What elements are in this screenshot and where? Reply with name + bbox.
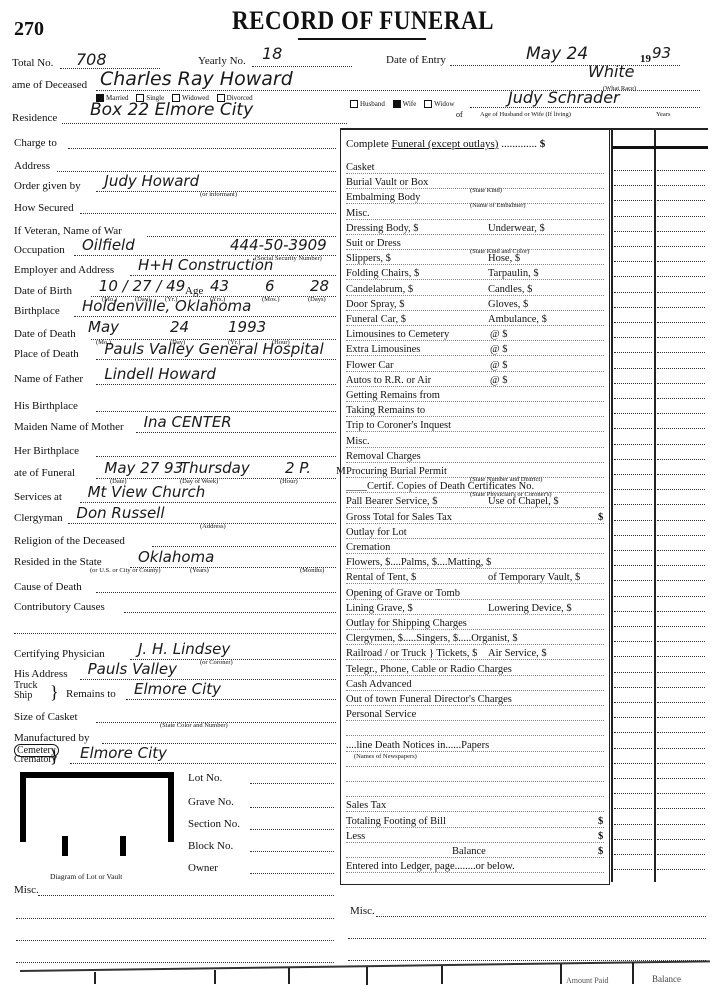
- charge-amount-cents[interactable]: [657, 337, 705, 338]
- charge-amount-cents[interactable]: [657, 596, 705, 597]
- charge-amount-dollars[interactable]: [614, 626, 652, 627]
- total-no-label: Total No.: [12, 57, 53, 69]
- charge-amount-cents[interactable]: [657, 580, 705, 581]
- charge-row-line[interactable]: [346, 827, 604, 828]
- footer-col-4: [366, 967, 368, 985]
- charges-header-rule: [612, 146, 708, 149]
- charge-row-label: Out of town Funeral Director's Charges: [346, 694, 512, 705]
- charge-row-line[interactable]: [346, 614, 604, 615]
- charge-row-line[interactable]: [346, 766, 604, 767]
- date-entry-value[interactable]: May 24: [526, 44, 588, 64]
- field-line[interactable]: [96, 384, 336, 385]
- charge-amount-dollars[interactable]: [614, 748, 652, 749]
- charge-amount-dollars[interactable]: [614, 732, 652, 733]
- misc-right-label: Misc.: [350, 905, 375, 917]
- charge-row-caption: (Names of Newspapers): [354, 753, 417, 760]
- charge-amount-dollars[interactable]: [614, 200, 652, 201]
- field-label: Birthplace: [14, 305, 60, 317]
- charge-amount-dollars[interactable]: [614, 672, 652, 673]
- field-value[interactable]: May: [88, 318, 119, 336]
- charge-row-label: Cremation: [346, 542, 390, 553]
- charge-row-line[interactable]: [346, 568, 604, 569]
- charge-amount-cents[interactable]: [657, 200, 705, 201]
- charge-amount-cents[interactable]: [657, 520, 705, 521]
- field-caption: (or Coroner): [200, 659, 233, 666]
- charge-row-line[interactable]: [346, 872, 604, 873]
- race-value[interactable]: White: [588, 62, 635, 81]
- charge-amount-dollars[interactable]: [614, 352, 652, 353]
- field-label: Crematory: [14, 754, 57, 765]
- charge-row-label: Getting Remains from: [346, 390, 440, 401]
- charge-row-label-2: Gloves, $: [488, 299, 528, 310]
- charge-row-label: Outlay for Shipping Charges: [346, 618, 467, 629]
- charge-amount-dollars[interactable]: [614, 428, 652, 429]
- footer-col-2: [214, 970, 216, 984]
- page-number: 270: [14, 18, 44, 41]
- charge-row-label: Burial Vault or Box: [346, 177, 428, 188]
- misc-left-label: Misc.: [14, 884, 39, 896]
- deceased-name-label: ame of Deceased: [12, 79, 87, 91]
- field-label: Date of Birth: [14, 285, 72, 297]
- charge-row-line[interactable]: [346, 644, 604, 645]
- field-label: ate of Funeral: [14, 467, 75, 479]
- field-value[interactable]: Lindell Howard: [104, 365, 216, 383]
- charge-amount-dollars[interactable]: [614, 854, 652, 855]
- charge-amount-dollars[interactable]: [614, 580, 652, 581]
- charge-row-label: Telegr., Phone, Cable or Radio Charges: [346, 664, 512, 675]
- charge-amount-dollars[interactable]: [614, 778, 652, 779]
- charge-amount-dollars[interactable]: [614, 641, 652, 642]
- field-value[interactable]: Holdenville, Oklahoma: [82, 297, 251, 315]
- charge-amount-dollars[interactable]: [614, 717, 652, 718]
- charge-amount-dollars[interactable]: [614, 869, 652, 870]
- field-line[interactable]: [96, 456, 336, 457]
- field-label: His Birthplace: [14, 400, 78, 412]
- charge-row-line[interactable]: [346, 477, 604, 478]
- total-no-value[interactable]: 708: [76, 50, 107, 69]
- footer-col-1: [94, 972, 96, 984]
- field-value[interactable]: 6: [265, 277, 275, 295]
- charge-amount-cents[interactable]: [657, 748, 705, 749]
- charge-amount-cents[interactable]: [657, 550, 705, 551]
- charge-amount-cents[interactable]: [657, 261, 705, 262]
- charge-amount-cents[interactable]: [657, 535, 705, 536]
- charge-amount-dollars[interactable]: [614, 702, 652, 703]
- charge-row-label: Flower Car: [346, 360, 394, 371]
- lot-field-line[interactable]: [250, 873, 334, 874]
- charge-amount-cents[interactable]: [657, 687, 705, 688]
- field-label: Place of Death: [14, 348, 79, 360]
- field-line[interactable]: [70, 763, 336, 764]
- charge-row-label: Taking Remains to: [346, 405, 425, 416]
- charge-row-label: Casket: [346, 162, 375, 173]
- field-line[interactable]: [124, 612, 336, 613]
- charge-amount-cents[interactable]: [657, 444, 705, 445]
- charge-row-label-2: @ $: [490, 344, 508, 355]
- charge-amount-dollars[interactable]: [614, 611, 652, 612]
- charge-row-line[interactable]: [346, 796, 604, 797]
- charge-row-label-2: $: [598, 846, 603, 857]
- charge-row-label: Misc.: [346, 208, 370, 219]
- charge-row-line[interactable]: [346, 203, 604, 204]
- charge-row-label: Totaling Footing of Bill: [346, 816, 446, 827]
- field-value[interactable]: J. H. Lindsey: [138, 640, 230, 658]
- charge-amount-cents[interactable]: [657, 231, 705, 232]
- charge-row-line[interactable]: [346, 325, 604, 326]
- field-value[interactable]: Pauls Valley: [88, 660, 177, 678]
- charge-amount-dollars[interactable]: [614, 550, 652, 551]
- charge-amount-dollars[interactable]: [614, 261, 652, 262]
- field-value[interactable]: 2 P.: [285, 459, 311, 477]
- charge-amount-cents[interactable]: [657, 322, 705, 323]
- field-line[interactable]: [80, 213, 336, 214]
- date-entry-label: Date of Entry: [386, 54, 446, 66]
- charge-amount-dollars[interactable]: [614, 307, 652, 308]
- field-value[interactable]: May 27 93: [104, 459, 183, 477]
- charge-amount-dollars[interactable]: [614, 474, 652, 475]
- field-label: Size of Casket: [14, 711, 78, 723]
- footer-col-7: [632, 962, 634, 984]
- charge-amount-dollars[interactable]: [614, 763, 652, 764]
- charge-row-line[interactable]: [346, 188, 604, 189]
- charge-row-line[interactable]: [346, 705, 604, 706]
- charge-row-label: Funeral Car, $: [346, 314, 406, 325]
- charge-row-label: Misc.: [346, 436, 370, 447]
- field-label: Cause of Death: [14, 581, 82, 593]
- spouse-age-caption: Age of Husband or Wife (If living): [480, 111, 571, 118]
- charge-amount-cents[interactable]: [657, 626, 705, 627]
- field-caption: (Days): [308, 296, 326, 303]
- charge-row-line[interactable]: [346, 355, 604, 356]
- field-line[interactable]: [14, 633, 336, 634]
- footer-amount-paid: Amount Paid: [566, 976, 608, 985]
- charge-row-line[interactable]: [346, 735, 604, 736]
- charge-row-line[interactable]: [346, 431, 604, 432]
- charge-row-line[interactable]: [346, 538, 604, 539]
- checkbox-wife[interactable]: [393, 100, 401, 108]
- charge-amount-cents[interactable]: [657, 383, 705, 384]
- field-value[interactable]: H+H Construction: [138, 256, 273, 274]
- charge-amount-cents[interactable]: [657, 504, 705, 505]
- charge-row-line[interactable]: [346, 401, 604, 402]
- charge-row-label-2: of Temporary Vault, $: [488, 572, 580, 583]
- charge-amount-cents[interactable]: [657, 170, 705, 171]
- charges-header: Complete Funeral (except outlays) ......…: [346, 138, 545, 150]
- field-value[interactable]: 43: [210, 277, 229, 295]
- field-label: Maiden Name of Mother: [14, 421, 124, 433]
- charge-row-line[interactable]: [346, 720, 604, 721]
- charge-amount-dollars[interactable]: [614, 398, 652, 399]
- field-value[interactable]: 10 / 27 / 49: [99, 277, 185, 295]
- checkbox-widow[interactable]: [424, 100, 432, 108]
- field-label: Manufactured by: [14, 732, 89, 744]
- charge-amount-cents[interactable]: [657, 717, 705, 718]
- misc-right-line-1[interactable]: [376, 916, 706, 917]
- charge-row-label: Outlay for Lot: [346, 527, 407, 538]
- amount-column-divider: [611, 130, 613, 882]
- footer-col-6: [560, 964, 562, 984]
- charge-amount-dollars[interactable]: [614, 337, 652, 338]
- charge-row-line[interactable]: [346, 173, 604, 174]
- charge-row-label-2: Hose, $: [488, 253, 520, 264]
- charge-row-label-2: Air Service, $: [488, 648, 547, 659]
- charge-amount-cents[interactable]: [657, 292, 705, 293]
- charge-row-line[interactable]: [346, 599, 604, 600]
- charge-row-line[interactable]: [346, 295, 604, 296]
- charge-amount-cents[interactable]: [657, 398, 705, 399]
- field-line[interactable]: [74, 316, 336, 317]
- residence-label: Residence: [12, 112, 57, 124]
- charge-row-label: Opening of Grave or Tomb: [346, 588, 460, 599]
- years-label: Years: [656, 111, 671, 118]
- charge-amount-dollars[interactable]: [614, 535, 652, 536]
- charge-row-line[interactable]: [346, 659, 604, 660]
- charge-amount-cents[interactable]: [657, 307, 705, 308]
- charge-row-line[interactable]: [346, 462, 604, 463]
- charge-row-label: Dressing Body, $: [346, 223, 419, 234]
- charge-row-line[interactable]: [346, 507, 604, 508]
- charge-row-line[interactable]: [346, 310, 604, 311]
- lot-field-label: Lot No.: [188, 772, 222, 784]
- charge-amount-cents[interactable]: [657, 276, 705, 277]
- charge-amount-cents[interactable]: [657, 763, 705, 764]
- charge-row-line[interactable]: [346, 340, 604, 341]
- charge-amount-cents[interactable]: [657, 413, 705, 414]
- field-line[interactable]: [130, 275, 336, 276]
- charge-amount-cents[interactable]: [657, 565, 705, 566]
- charge-row-label: Rental of Tent, $: [346, 572, 416, 583]
- misc-left-line-1[interactable]: [38, 895, 334, 896]
- charge-row-line[interactable]: [346, 492, 604, 493]
- charge-amount-cents[interactable]: [657, 808, 705, 809]
- field-label: Charge to: [14, 137, 57, 149]
- lot-field-line[interactable]: [250, 829, 334, 830]
- charge-row-label: Slippers, $: [346, 253, 391, 264]
- charge-amount-dollars[interactable]: [614, 383, 652, 384]
- charge-amount-dollars[interactable]: [614, 839, 652, 840]
- lot-field-label: Block No.: [188, 840, 233, 852]
- charge-amount-cents[interactable]: [657, 611, 705, 612]
- field-value[interactable]: Oklahoma: [138, 548, 214, 566]
- lot-field-line[interactable]: [250, 807, 334, 808]
- charge-row-label: Procuring Burial Permit: [346, 466, 447, 477]
- charge-row-line[interactable]: [346, 690, 604, 691]
- field-line[interactable]: [96, 359, 336, 360]
- charge-amount-dollars[interactable]: [614, 656, 652, 657]
- charge-amount-dollars[interactable]: [614, 231, 652, 232]
- charge-row-label-2: $: [598, 816, 603, 827]
- charge-amount-dollars[interactable]: [614, 489, 652, 490]
- charge-amount-dollars[interactable]: [614, 793, 652, 794]
- charge-row-line[interactable]: [346, 629, 604, 630]
- field-value[interactable]: 1993: [228, 318, 266, 336]
- charge-row-line[interactable]: [346, 553, 604, 554]
- field-line[interactable]: [96, 411, 336, 412]
- deceased-name-value[interactable]: Charles Ray Howard: [100, 68, 293, 90]
- charge-amount-cents[interactable]: [657, 778, 705, 779]
- charge-amount-dollars[interactable]: [614, 185, 652, 186]
- field-label: Name of Father: [14, 373, 83, 385]
- field-line[interactable]: [136, 432, 336, 433]
- field-line[interactable]: [126, 699, 336, 700]
- field-value[interactable]: 24: [170, 318, 189, 336]
- charge-row-line[interactable]: [346, 751, 604, 752]
- field-label: Address: [14, 160, 50, 172]
- charge-amount-dollars[interactable]: [614, 824, 652, 825]
- charge-amount-cents[interactable]: [657, 246, 705, 247]
- residence-value[interactable]: Box 22 Elmore City: [90, 100, 253, 120]
- page-title: RECORD OF FUNERAL: [232, 6, 494, 36]
- charge-amount-cents[interactable]: [657, 793, 705, 794]
- charge-amount-cents[interactable]: [657, 185, 705, 186]
- field-line[interactable]: [152, 546, 336, 547]
- charge-amount-dollars[interactable]: [614, 276, 652, 277]
- charge-amount-dollars[interactable]: [614, 413, 652, 414]
- charge-amount-dollars[interactable]: [614, 322, 652, 323]
- charge-row-label: Extra Limousines: [346, 344, 420, 355]
- date-entry-line: [450, 65, 680, 66]
- field-value[interactable]: Judy Howard: [104, 172, 199, 190]
- field-line[interactable]: [96, 592, 336, 593]
- charge-row-label: Cash Advanced: [346, 679, 412, 690]
- charge-amount-dollars[interactable]: [614, 504, 652, 505]
- charge-row-line[interactable]: [346, 249, 604, 250]
- lot-diagram-box[interactable]: [20, 772, 174, 842]
- misc-right-line-2[interactable]: [348, 938, 706, 939]
- charge-amount-dollars[interactable]: [614, 459, 652, 460]
- charge-row-line[interactable]: [346, 371, 604, 372]
- charge-row-label: Candelabrum, $: [346, 284, 413, 295]
- charge-amount-dollars[interactable]: [614, 246, 652, 247]
- charge-row-label: Railroad / or Truck } Tickets, $: [346, 648, 477, 659]
- lot-field-line[interactable]: [250, 783, 334, 784]
- yearly-no-label: Yearly No.: [198, 55, 246, 67]
- lot-diagram-caption: Diagram of Lot or Vault: [50, 872, 122, 881]
- field-caption: (Address): [200, 523, 226, 530]
- charge-amount-cents[interactable]: [657, 352, 705, 353]
- charge-row-line[interactable]: [346, 583, 604, 584]
- charge-row-line[interactable]: [346, 523, 604, 524]
- lot-field-line[interactable]: [250, 851, 334, 852]
- charge-amount-cents[interactable]: [657, 489, 705, 490]
- field-value[interactable]: Elmore City: [134, 680, 221, 698]
- charge-amount-cents[interactable]: [657, 824, 705, 825]
- field-label: Certifying Physician: [14, 648, 105, 660]
- field-value[interactable]: Mt View Church: [88, 483, 206, 501]
- charge-amount-cents[interactable]: [657, 732, 705, 733]
- field-label: Contributory Causes: [14, 601, 105, 613]
- charge-amount-cents[interactable]: [657, 216, 705, 217]
- charge-amount-cents[interactable]: [657, 641, 705, 642]
- charge-row-line[interactable]: [346, 219, 604, 220]
- field-caption: (Years): [190, 567, 209, 574]
- field-value[interactable]: Ina CENTER: [144, 413, 232, 431]
- charge-row-line[interactable]: [346, 842, 604, 843]
- charge-amount-dollars[interactable]: [614, 170, 652, 171]
- charge-amount-cents[interactable]: [657, 368, 705, 369]
- charges-header-underlined: Funeral (except outlays): [392, 138, 499, 150]
- charge-amount-cents[interactable]: [657, 656, 705, 657]
- field-label: Date of Death: [14, 328, 76, 340]
- checkbox-husband[interactable]: [350, 100, 358, 108]
- footer-col-3: [288, 968, 290, 984]
- charge-amount-cents[interactable]: [657, 672, 705, 673]
- misc-left-line-2[interactable]: [16, 918, 334, 919]
- field-caption: (or informant): [200, 191, 237, 198]
- field-value[interactable]: Pauls Valley General Hospital: [104, 340, 323, 358]
- charge-row-label: Trip to Coroner's Inquest: [346, 420, 451, 431]
- charge-amount-dollars[interactable]: [614, 216, 652, 217]
- cents-column-divider: [654, 130, 656, 882]
- charge-amount-cents[interactable]: [657, 854, 705, 855]
- charge-amount-dollars[interactable]: [614, 292, 652, 293]
- charge-row-label: Sales Tax: [346, 800, 386, 811]
- field-value[interactable]: Oilfield: [82, 236, 135, 254]
- charge-row-label: Personal Service: [346, 709, 416, 720]
- charge-amount-dollars[interactable]: [614, 444, 652, 445]
- misc-left-line-3[interactable]: [16, 940, 334, 941]
- charge-row-label-2: $: [598, 831, 603, 842]
- charge-amount-cents[interactable]: [657, 428, 705, 429]
- charge-row-label: Clergymen, $.....Singers, $.....Organist…: [346, 633, 518, 644]
- charge-row-label: Suit or Dress: [346, 238, 401, 249]
- year-value[interactable]: 93: [652, 44, 671, 62]
- field-label: His Address: [14, 668, 67, 680]
- charge-row-line[interactable]: [346, 675, 604, 676]
- charge-amount-dollars[interactable]: [614, 368, 652, 369]
- charge-row-label: Lining Grave, $: [346, 603, 413, 614]
- charge-amount-cents[interactable]: [657, 869, 705, 870]
- charge-amount-dollars[interactable]: [614, 565, 652, 566]
- field-value[interactable]: Don Russell: [76, 504, 164, 522]
- charge-amount-dollars[interactable]: [614, 596, 652, 597]
- charge-row-line[interactable]: [346, 857, 604, 858]
- charge-amount-dollars[interactable]: [614, 808, 652, 809]
- charge-row-line[interactable]: [346, 234, 604, 235]
- field-label: Services at: [14, 491, 62, 503]
- spouse-widow-label: Widow: [434, 100, 454, 108]
- spouse-of-label: of: [456, 110, 463, 119]
- charge-row-label-2: Candles, $: [488, 284, 532, 295]
- field-value[interactable]: Thursday: [180, 459, 250, 477]
- misc-left-line-4[interactable]: [16, 962, 334, 963]
- field-line[interactable]: [68, 148, 336, 149]
- charge-amount-dollars[interactable]: [614, 520, 652, 521]
- charge-row-label: Pall Bearer Service, $: [346, 496, 438, 507]
- yearly-no-value[interactable]: 18: [262, 44, 282, 63]
- charge-amount-cents[interactable]: [657, 839, 705, 840]
- field-value[interactable]: 444-50-3909: [230, 236, 327, 254]
- charge-row-line[interactable]: [346, 447, 604, 448]
- field-value[interactable]: 28: [310, 277, 329, 295]
- title-underline: [298, 38, 426, 40]
- charge-row-line[interactable]: [346, 386, 604, 387]
- charge-row-line[interactable]: [346, 279, 604, 280]
- charge-row-label: Flowers, $....Palms, $....Matting, $: [346, 557, 491, 568]
- field-line[interactable]: [80, 502, 336, 503]
- charge-amount-cents[interactable]: [657, 459, 705, 460]
- field-value[interactable]: Elmore City: [80, 744, 167, 762]
- charge-row-line[interactable]: [346, 811, 604, 812]
- charge-row-line[interactable]: [346, 781, 604, 782]
- charge-row-line[interactable]: [346, 264, 604, 265]
- spouse-name-value[interactable]: Judy Schrader: [508, 88, 620, 107]
- charge-amount-cents[interactable]: [657, 474, 705, 475]
- charge-row-line[interactable]: [346, 416, 604, 417]
- charge-amount-dollars[interactable]: [614, 687, 652, 688]
- charge-amount-cents[interactable]: [657, 702, 705, 703]
- charge-row-label-2: $: [598, 512, 603, 523]
